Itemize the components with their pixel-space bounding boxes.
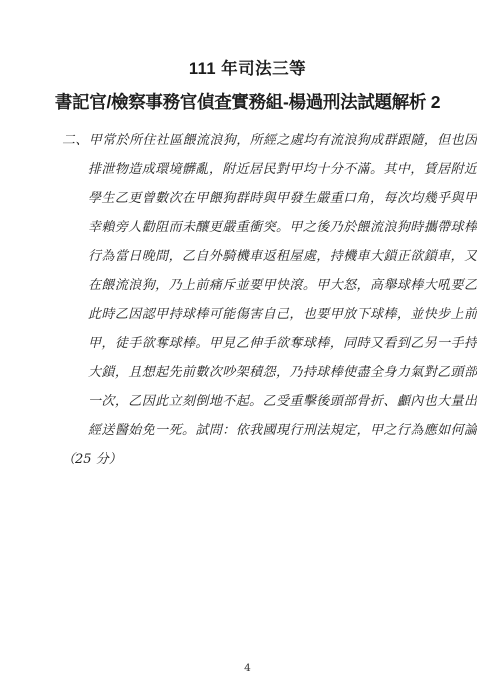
question-paragraph: 二、甲常於所住社區餵流浪狗，所經之處均有流浪狗成群跟隨，但也因狗群 排泄物造成環… [62,126,477,474]
question-line: 甲，徒手欲奪球棒。甲見乙伸手欲奪球棒，同時又看到乙另一手持機車 [62,329,477,358]
question-line: 此時乙因認甲持球棒可能傷害自己，也要甲放下球棒，並快步上前靠近 [62,300,477,329]
question-line: 排泄物造成環境髒亂，附近居民對甲均十分不滿。其中，賃居附近的大 [62,155,477,184]
page-number: 4 [0,662,495,674]
document-page: 111 年司法三等 書記官/檢察事務官偵查實務組-楊過刑法試題解析 2 二、甲常… [0,0,495,700]
question-line: 行為當日晚間，乙自外騎機車返租屋處，持機車大鎖正欲鎖車，又見甲 [62,242,477,271]
question-line: 二、甲常於所住社區餵流浪狗，所經之處均有流浪狗成群跟隨，但也因狗群 [62,126,477,155]
score-note: （25 分） [62,445,477,474]
question-line: 大鎖，且想起先前數次吵架積怨，乃持球棒使盡全身力氣對乙頭部重擊 [62,358,477,387]
question-line: 學生乙更曾數次在甲餵狗群時與甲發生嚴重口角，每次均幾乎與甲互毆， [62,184,477,213]
question-line: 經送醫始免一死。試問：依我國現行刑法規定，甲之行為應如何論罪？ [62,416,477,445]
document-title: 111 年司法三等 [0,58,495,80]
question-line: 一次，乙因此立刻倒地不起。乙受重擊後頭部骨折、顱內也大量出血， [62,387,477,416]
document-subtitle: 書記官/檢察事務官偵查實務組-楊過刑法試題解析 2 [0,89,495,115]
question-line: 幸賴旁人勸阻而未釀更嚴重衝突。甲之後乃於餵流浪狗時攜帶球棒防身。 [62,213,477,242]
question-line: 在餵流浪狗，乃上前痛斥並要甲快滾。甲大怒，高舉球棒大吼要乙走開。 [62,271,477,300]
